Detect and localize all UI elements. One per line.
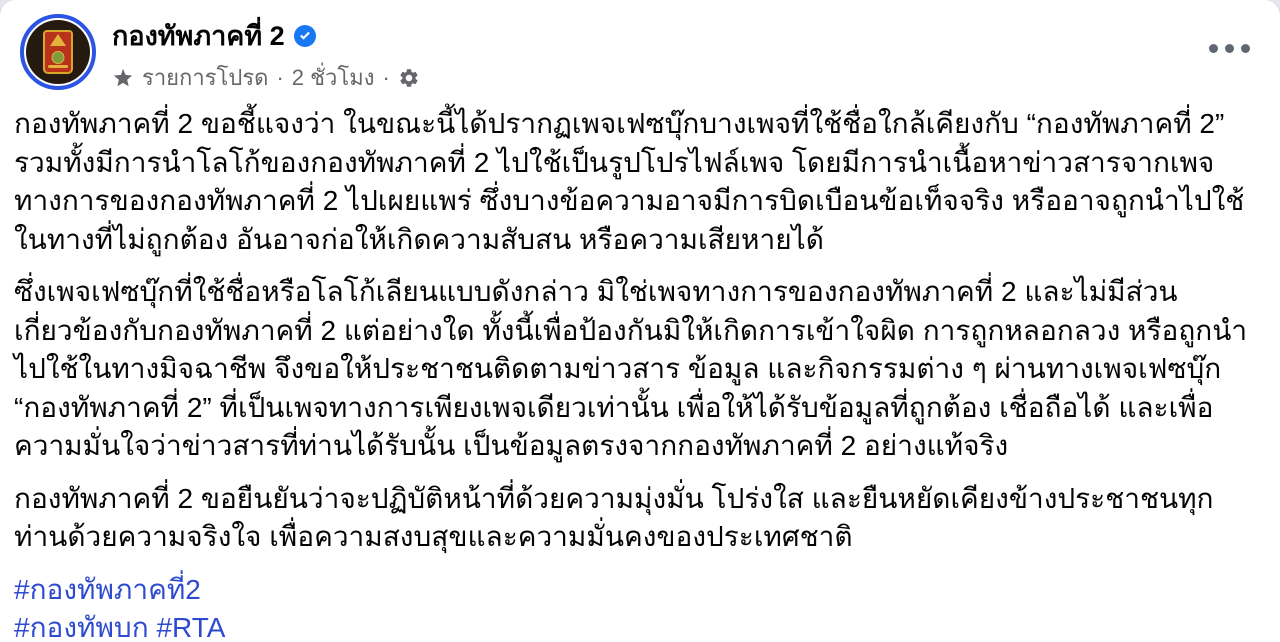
emblem-core [52, 51, 65, 64]
post-body: กองทัพภาคที่ 2 ขอชี้แจงว่า ในขณะนี้ได้ปร… [0, 103, 1280, 642]
ellipsis-more-icon [1225, 44, 1234, 53]
hashtag-link[interactable]: #RTA [156, 612, 225, 642]
header-text: กองทัพภาคที่ 2 รายการโปรด · 2 ชั่วโมง [112, 14, 420, 95]
post-paragraph: กองทัพภาคที่ 2 ขอชี้แจงว่า ในขณะนี้ได้ปร… [14, 105, 1266, 259]
privacy-gear-icon [398, 67, 420, 89]
verified-badge-icon [293, 24, 317, 48]
post-header: กองทัพภาคที่ 2 รายการโปรด · 2 ชั่วโมง [0, 0, 1280, 103]
post-meta: รายการโปรด · 2 ชั่วโมง · [112, 60, 420, 95]
favorites-label: รายการโปรด [142, 60, 268, 95]
post-timestamp[interactable]: 2 ชั่วโมง [292, 60, 375, 95]
favorites-star-icon [112, 67, 134, 89]
hashtag-link[interactable]: #กองทัพภาคที่2 [14, 574, 201, 605]
page-name[interactable]: กองทัพภาคที่ 2 [112, 20, 285, 52]
meta-separator: · [276, 65, 283, 91]
hashtag-link[interactable]: #กองทัพบก [14, 612, 149, 642]
more-options-button[interactable] [1203, 34, 1256, 63]
hashtag-line: #กองทัพภาคที่2 [14, 571, 1266, 610]
emblem-flame [50, 34, 66, 46]
post-paragraph: กองทัพภาคที่ 2 ขอยืนยันว่าจะปฏิบัติหน้าท… [14, 480, 1266, 557]
hashtag-line: #กองทัพบก #RTA [14, 609, 1266, 642]
emblem-shield [43, 30, 73, 74]
page-avatar[interactable] [20, 14, 96, 90]
ellipsis-more-icon [1241, 44, 1250, 53]
facebook-post-card: กองทัพภาคที่ 2 รายการโปรด · 2 ชั่วโมง [0, 0, 1280, 642]
army-area-2-emblem-icon [26, 20, 90, 84]
post-paragraph: ซึ่งเพจเฟซบุ๊กที่ใช้ชื่อหรือโลโก้เลียนแบ… [14, 273, 1266, 466]
meta-separator: · [382, 65, 389, 91]
ellipsis-more-icon [1209, 44, 1218, 53]
emblem-band [48, 65, 68, 68]
